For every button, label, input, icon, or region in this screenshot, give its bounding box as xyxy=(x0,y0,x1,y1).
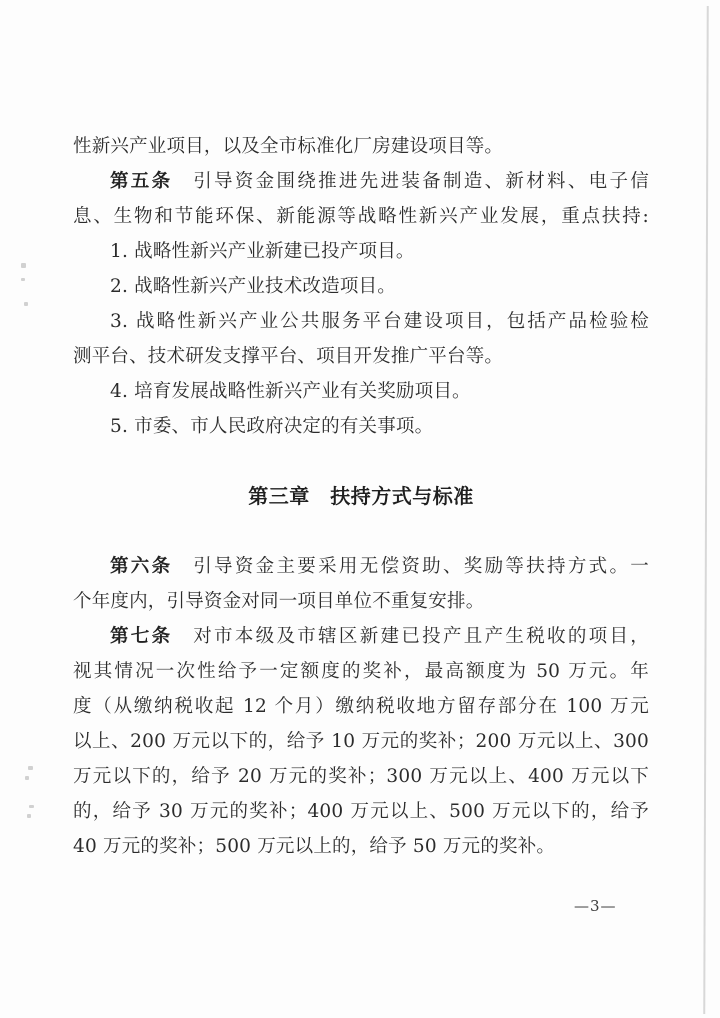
list-item-5: 5. 市委、市人民政府决定的有关事项。 xyxy=(73,409,649,444)
article-number-label: 第五条 xyxy=(110,171,172,192)
text-line: 万元以下的，给予 20 万元的奖补；300 万元以上、400 万元以下 xyxy=(73,759,649,794)
line-text: 的，给予 30 万元的奖补；400 万元以上、500 万元以下的，给予 xyxy=(73,801,649,822)
line-text: 度（从缴纳税收起 12 个月）缴纳税收地方留存部分在 100 万元 xyxy=(73,696,649,717)
scan-edge-line xyxy=(703,6,709,1014)
text-line-article-7: 第七条 对市本级及市辖区新建已投产且产生税收的项目， xyxy=(73,619,649,654)
list-item-3: 3. 战略性新兴产业公共服务平台建设项目，包括产品检验检 xyxy=(73,304,649,339)
scan-speck xyxy=(27,814,31,818)
article-number-label: 第六条 xyxy=(110,556,172,577)
text-line-article-6: 第六条 引导资金主要采用无偿资助、奖励等扶持方式。一 xyxy=(73,549,649,584)
text-line: 性新兴产业项目，以及全市标准化厂房建设项目等。 xyxy=(73,129,649,164)
line-text: 测平台、技术研发支撑平台、项目开发推广平台等。 xyxy=(73,346,503,367)
line-text: 视其情况一次性给予一定额度的奖补，最高额度为 50 万元。年 xyxy=(73,661,649,682)
text-line: 以上、200 万元以下的，给予 10 万元的奖补；200 万元以上、300 xyxy=(73,724,649,759)
line-text: 3. 战略性新兴产业公共服务平台建设项目，包括产品检验检 xyxy=(110,311,649,332)
line-text: 性新兴产业项目，以及全市标准化厂房建设项目等。 xyxy=(73,136,503,157)
line-text: 5. 市委、市人民政府决定的有关事项。 xyxy=(110,416,433,437)
list-item-4: 4. 培育发展战略性新兴产业有关奖励项目。 xyxy=(73,374,649,409)
text-line: 视其情况一次性给予一定额度的奖补，最高额度为 50 万元。年 xyxy=(73,654,649,689)
scan-speck xyxy=(28,766,33,770)
scan-speck xyxy=(29,805,34,808)
page-number: —3— xyxy=(574,897,617,915)
text-line: 40 万元的奖补；500 万元以上的，给予 50 万元的奖补。 xyxy=(73,829,649,864)
text-line: 测平台、技术研发支撑平台、项目开发推广平台等。 xyxy=(73,339,649,374)
line-text: 40 万元的奖补；500 万元以上的，给予 50 万元的奖补。 xyxy=(73,836,555,857)
scan-speck xyxy=(24,302,28,306)
blank-line xyxy=(73,514,649,549)
document-page: 性新兴产业项目，以及全市标准化厂房建设项目等。 第五条 引导资金围绕推进先进装备… xyxy=(0,0,720,1018)
text-line-article-5: 第五条 引导资金围绕推进先进装备制造、新材料、电子信 xyxy=(73,164,649,199)
line-text: 引导资金主要采用无偿资助、奖励等扶持方式。一 xyxy=(172,556,649,577)
line-text: 4. 培育发展战略性新兴产业有关奖励项目。 xyxy=(110,381,471,402)
chapter-heading: 第三章 扶持方式与标准 xyxy=(73,479,649,514)
text-line: 个年度内，引导资金对同一项目单位不重复安排。 xyxy=(73,584,649,619)
line-text: 对市本级及市辖区新建已投产且产生税收的项目， xyxy=(172,626,649,647)
list-item-1: 1. 战略性新兴产业新建已投产项目。 xyxy=(73,234,649,269)
scan-speck xyxy=(25,776,29,780)
line-text: 1. 战略性新兴产业新建已投产项目。 xyxy=(110,241,415,262)
article-number-label: 第七条 xyxy=(110,626,172,647)
text-line: 的，给予 30 万元的奖补；400 万元以上、500 万元以下的，给予 xyxy=(73,794,649,829)
text-line: 度（从缴纳税收起 12 个月）缴纳税收地方留存部分在 100 万元 xyxy=(73,689,649,724)
line-text: 息、生物和节能环保、新能源等战略性新兴产业发展，重点扶持: xyxy=(73,206,649,227)
line-text: 2. 战略性新兴产业技术改造项目。 xyxy=(110,276,396,297)
scan-speck xyxy=(21,263,26,268)
document-body: 性新兴产业项目，以及全市标准化厂房建设项目等。 第五条 引导资金围绕推进先进装备… xyxy=(73,129,649,864)
scan-speck xyxy=(21,278,25,281)
text-line: 息、生物和节能环保、新能源等战略性新兴产业发展，重点扶持: xyxy=(73,199,649,234)
line-text: 万元以下的，给予 20 万元的奖补；300 万元以上、400 万元以下 xyxy=(73,766,649,787)
line-text: 个年度内，引导资金对同一项目单位不重复安排。 xyxy=(73,591,484,612)
list-item-2: 2. 战略性新兴产业技术改造项目。 xyxy=(73,269,649,304)
line-text: 以上、200 万元以下的，给予 10 万元的奖补；200 万元以上、300 xyxy=(73,731,649,752)
line-text: 引导资金围绕推进先进装备制造、新材料、电子信 xyxy=(172,171,649,192)
blank-line xyxy=(73,444,649,479)
